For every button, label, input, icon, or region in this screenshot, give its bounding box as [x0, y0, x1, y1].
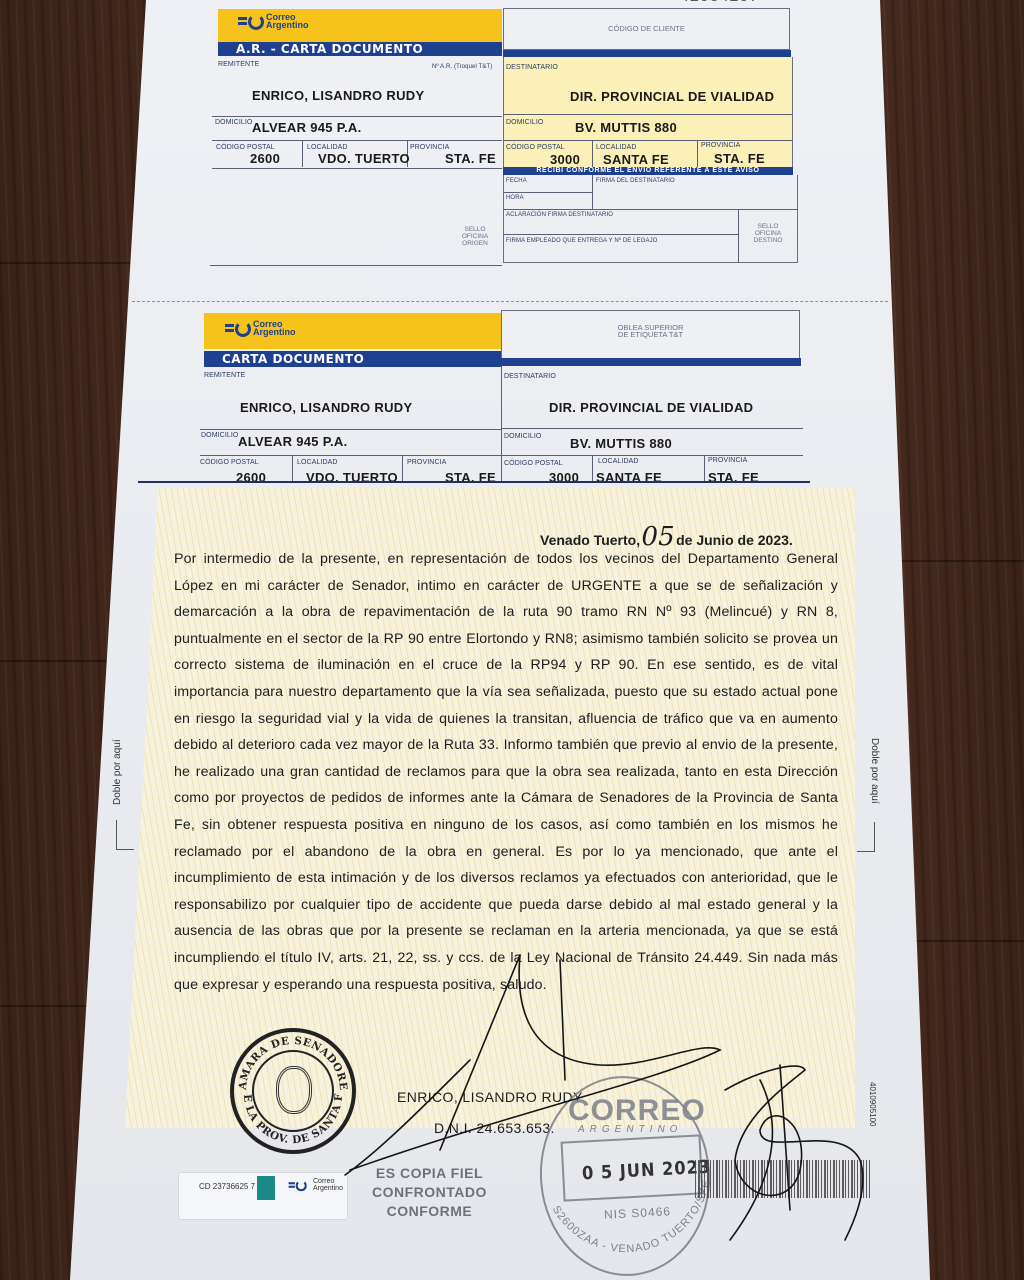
provincia-label-dest: PROVINCIA [701, 142, 740, 149]
divider [592, 456, 593, 482]
divider [501, 455, 803, 456]
ar-title: A.R. - CARTA DOCUMENTO [218, 42, 502, 56]
cd-remitente-name: ENRICO, LISANDRO RUDY [240, 400, 412, 415]
cd-domicilio-label: DOMICILIO [201, 432, 238, 439]
cd-domicilio-label-dest: DOMICILIO [504, 433, 541, 440]
letter-body: Por intermedio de la presente, en repres… [174, 546, 838, 998]
cd-localidad-label: LOCALIDAD [297, 459, 338, 466]
divider [738, 209, 739, 263]
fold-label-left: Doble por aquí [112, 739, 123, 805]
side-serial: 4010905100 [868, 1082, 877, 1127]
cd-destinatario-label: DESTINATARIO [504, 373, 556, 380]
divider [501, 366, 502, 482]
ar-remitente-cp: 2600 [250, 151, 280, 166]
ar-right-blue-band [503, 50, 791, 57]
receipt-box [503, 175, 798, 263]
divider [503, 209, 798, 210]
wood-plank-seam [900, 940, 1024, 942]
perforation-line [132, 301, 888, 302]
ar-remitente-provincia: STA. FE [445, 151, 496, 166]
cd-correo-logo: CorreoArgentino [225, 320, 296, 336]
ar-remitente-localidad: VDO. TUERTO [318, 151, 410, 166]
divider [200, 455, 501, 456]
senate-seal: CAMARA DE SENADORES DE LA PROV. DE SANTA… [230, 1028, 356, 1154]
cd-right-blue-band [501, 358, 801, 366]
provincia-label: PROVINCIA [410, 144, 449, 151]
cd-localidad-label-dest: LOCALIDAD [598, 458, 639, 465]
ar-remitente-domicilio: ALVEAR 945 P.A. [252, 120, 362, 135]
cd-remitente-label: REMITENTE [204, 372, 245, 379]
cp-label: CÓDIGO POSTAL [216, 144, 275, 151]
cd-destinatario-domicilio: BV. MUTTIS 880 [570, 436, 672, 451]
tracking-code: CD 23736625 7 [199, 1182, 255, 1191]
postmark-brand: CORREO [568, 1094, 706, 1128]
oblea-label: OBLEA SUPERIORDE ETIQUETA T&T [501, 324, 800, 338]
cd-destinatario-name: DIR. PROVINCIAL DE VIALIDAD [549, 400, 753, 415]
recibi-conforme-band: RECIBI CONFORME EL ENVIO REFERENTE A EST… [503, 167, 793, 175]
divider [697, 140, 698, 167]
cd-cp-label-dest: CÓDIGO POSTAL [504, 460, 563, 467]
codigo-cliente-label: CÓDIGO DE CLIENTE [503, 25, 790, 32]
letter-top-rule [138, 481, 810, 483]
divider [212, 116, 502, 117]
nro-ar-label: Nº A.R. (Troquel T&T) [432, 64, 492, 70]
ar-destinatario-provincia: STA. FE [714, 151, 765, 166]
sello-origen-label: SELLOOFICINAORIGEN [455, 226, 495, 247]
wood-plank-seam [0, 660, 120, 662]
divider [212, 168, 502, 169]
cd-title: CARTA DOCUMENTO [204, 351, 501, 367]
ar-correo-logo: CorreoArgentino [238, 13, 309, 29]
copia-fiel-stamp: ES COPIA FIELCONFRONTADOCONFORME [372, 1164, 487, 1221]
domicilio-label-dest: DOMICILIO [506, 119, 543, 126]
wood-plank-seam [0, 1005, 95, 1007]
wood-plank-seam [0, 262, 150, 264]
divider [704, 455, 705, 482]
firma-empleado-label: FIRMA EMPLEADO QUE ENTREGA Y Nº DE LEGAJ… [506, 238, 657, 244]
divider [503, 140, 793, 141]
divider [210, 265, 502, 266]
divider [200, 429, 501, 430]
barcode [695, 1160, 870, 1198]
sello-destino-label: SELLOOFICINADESTINO [746, 223, 790, 244]
top-cut-number: 42084207 [680, 0, 759, 6]
remitente-label: REMITENTE [218, 61, 259, 68]
fold-corner-left [116, 820, 134, 850]
cd-cp-label: CÓDIGO POSTAL [200, 459, 259, 466]
domicilio-label: DOMICILIO [215, 119, 252, 126]
sticker-color-block [257, 1176, 275, 1200]
postmark-sub: ARGENTINO [578, 1124, 682, 1135]
divider [212, 140, 502, 141]
divider [501, 428, 803, 429]
destinatario-label: DESTINATARIO [506, 64, 558, 71]
ar-destinatario-cp: 3000 [550, 152, 580, 167]
cp-label-dest: CÓDIGO POSTAL [506, 144, 565, 151]
correo-logo-icon [238, 14, 262, 28]
divider [503, 234, 738, 235]
ar-destinatario-name: DIR. PROVINCIAL DE VIALIDAD [570, 89, 774, 104]
cd-provincia-label: PROVINCIA [407, 459, 446, 466]
divider [402, 456, 403, 482]
fold-corner-right [857, 822, 875, 852]
fold-label-right: Doble por aquí [869, 738, 880, 804]
divider [503, 192, 593, 193]
signer-name: ENRICO, LISANDRO RUDY [397, 1089, 583, 1105]
ar-destinatario-domicilio: BV. MUTTIS 880 [575, 120, 677, 135]
divider [592, 175, 593, 209]
divider [302, 141, 303, 167]
svg-text:CAMARA DE SENADORES: CAMARA DE SENADORES [230, 1028, 349, 1091]
sticker-correo-logo: CorreoArgentino [285, 1178, 343, 1192]
cd-provincia-label-dest: PROVINCIA [708, 457, 747, 464]
localidad-label: LOCALIDAD [307, 144, 348, 151]
ar-remitente-name: ENRICO, LISANDRO RUDY [252, 88, 424, 103]
ar-destinatario-localidad: SANTA FE [603, 152, 669, 167]
divider [503, 114, 793, 115]
aclaracion-label: ACLARACIÓN FIRMA DESTINATARIO [506, 212, 613, 218]
divider [292, 456, 293, 482]
fecha-label: FECHA [506, 178, 527, 184]
correo-logo-icon [225, 321, 249, 335]
cd-remitente-domicilio: ALVEAR 945 P.A. [238, 434, 348, 449]
wood-plank-seam [885, 560, 1024, 562]
signer-dni: D.N.I. 24.653.653. [434, 1120, 555, 1136]
divider [592, 141, 593, 167]
firma-destinatario-label: FIRMA DEL DESTINATARIO [596, 178, 675, 184]
hora-label: HORA [506, 195, 524, 201]
correo-logo-icon [289, 1180, 306, 1190]
tracking-sticker: CD 23736625 7 CorreoArgentino [178, 1172, 348, 1220]
localidad-label-dest: LOCALIDAD [596, 144, 637, 151]
